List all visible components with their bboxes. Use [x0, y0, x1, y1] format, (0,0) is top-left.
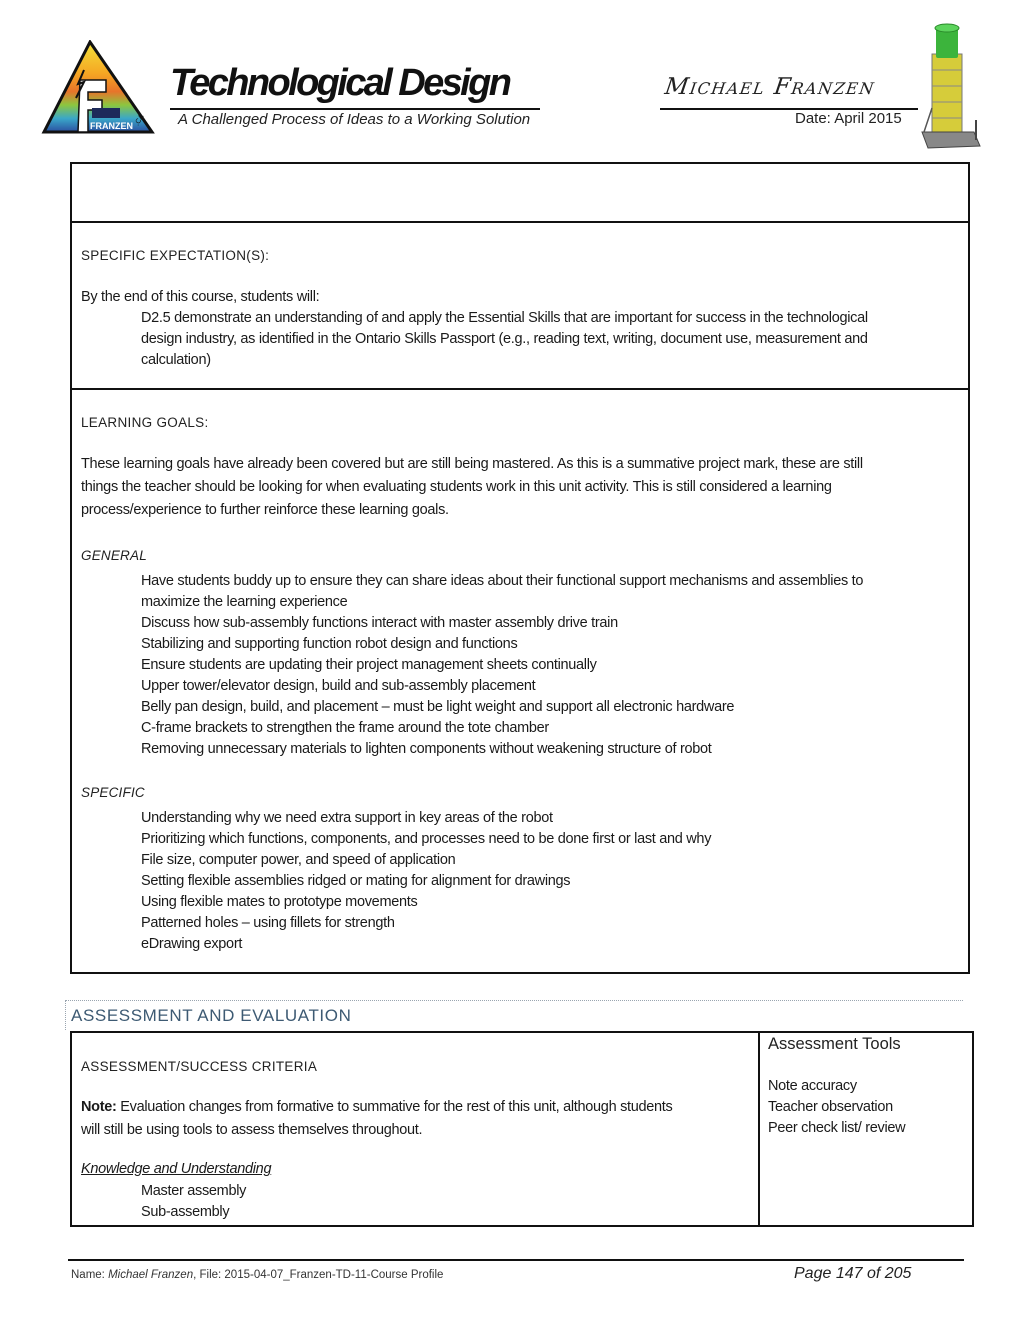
- list-item: Peer check list/ review: [768, 1118, 905, 1139]
- general-heading: GENERAL: [81, 548, 147, 563]
- list-item: Have students buddy up to ensure they ca…: [141, 571, 863, 592]
- footer-file-info: Name: Michael Franzen, File: 2015-04-07_…: [71, 1269, 443, 1281]
- note-text: Evaluation changes from formative to sum…: [117, 1099, 673, 1115]
- tools-list: Note accuracy Teacher observation Peer c…: [768, 1076, 905, 1139]
- header-rule: [170, 108, 540, 110]
- list-item: Master assembly: [141, 1181, 246, 1202]
- section-heading-border: [65, 1000, 963, 1001]
- intro-line: These learning goals have already been c…: [81, 453, 956, 476]
- list-item: Understanding why we need extra support …: [141, 808, 711, 829]
- list-item: Upper tower/elevator design, build and s…: [141, 676, 863, 697]
- list-item: Patterned holes – using fillets for stre…: [141, 913, 711, 934]
- expectation-line: design industry, as identified in the On…: [141, 329, 868, 350]
- list-item: Setting flexible assemblies ridged or ma…: [141, 871, 711, 892]
- specific-expectations-intro: By the end of this course, students will…: [81, 287, 319, 308]
- expectation-line: D2.5 demonstrate an understanding of and…: [141, 308, 868, 329]
- expectation-line: calculation): [141, 350, 868, 371]
- learning-goals-heading: LEARNING GOALS:: [81, 415, 209, 430]
- specific-expectations-heading: SPECIFIC EXPECTATION(S):: [81, 248, 269, 263]
- document-date: Date: April 2015: [795, 110, 902, 127]
- list-item: File size, computer power, and speed of …: [141, 850, 711, 871]
- page-number: Page 147 of 205: [794, 1265, 911, 1283]
- intro-line: process/experience to further reinforce …: [81, 499, 956, 522]
- assessment-table: ASSESSMENT/SUCCESS CRITERIA Note: Evalua…: [70, 1031, 974, 1227]
- list-item: Stabilizing and supporting function robo…: [141, 634, 863, 655]
- list-item: maximize the learning experience: [141, 592, 863, 613]
- list-item: C-frame brackets to strengthen the frame…: [141, 718, 863, 739]
- specific-goals-list: Understanding why we need extra support …: [141, 808, 711, 955]
- learning-goals-intro: These learning goals have already been c…: [81, 453, 956, 522]
- tools-heading: Assessment Tools: [768, 1035, 901, 1054]
- section-heading-border: [65, 1000, 66, 1030]
- file-label: , File: 2015-04-07_Franzen-TD-11-Course …: [193, 1269, 443, 1281]
- table-divider: [72, 388, 968, 390]
- author-signature: Michael Franzen: [663, 74, 877, 100]
- table-divider: [72, 221, 968, 223]
- list-item: Discuss how sub-assembly functions inter…: [141, 613, 863, 634]
- list-item: Removing unnecessary materials to lighte…: [141, 739, 863, 760]
- footer-rule: [68, 1259, 964, 1261]
- note-label: Note:: [81, 1099, 117, 1115]
- lesson-details-table: SPECIFIC EXPECTATION(S): By the end of t…: [70, 162, 970, 974]
- list-item: eDrawing export: [141, 934, 711, 955]
- author-name: Michael Franzen: [108, 1269, 193, 1281]
- specific-heading: SPECIFIC: [81, 785, 145, 800]
- document-subtitle: A Challenged Process of Ideas to a Worki…: [178, 111, 530, 128]
- list-item: Teacher observation: [768, 1097, 905, 1118]
- list-item: Belly pan design, build, and placement –…: [141, 697, 863, 718]
- intro-line: things the teacher should be looking for…: [81, 476, 956, 499]
- list-item: Ensure students are updating their proje…: [141, 655, 863, 676]
- list-item: Sub-assembly: [141, 1202, 246, 1223]
- name-label: Name:: [71, 1269, 108, 1281]
- list-item: Note accuracy: [768, 1076, 905, 1097]
- knowledge-list: Master assembly Sub-assembly: [141, 1181, 246, 1223]
- note-text: will still be using tools to assess them…: [81, 1119, 672, 1142]
- specific-expectation-list: D2.5 demonstrate an understanding of and…: [141, 308, 868, 371]
- list-item: Using flexible mates to prototype moveme…: [141, 892, 711, 913]
- robot-image: [918, 20, 984, 154]
- list-item: Prioritizing which functions, components…: [141, 829, 711, 850]
- general-goals-list: Have students buddy up to ensure they ca…: [141, 571, 863, 760]
- criteria-heading: ASSESSMENT/SUCCESS CRITERIA: [81, 1059, 317, 1074]
- svg-text:FRANZEN: FRANZEN: [90, 121, 133, 131]
- assessment-section-heading: ASSESSMENT AND EVALUATION: [71, 1006, 351, 1026]
- franzen-logo: FRANZEN .CA: [40, 40, 158, 136]
- document-title: Technological Design: [170, 62, 509, 104]
- table-divider: [758, 1033, 760, 1225]
- evaluation-note: Note: Evaluation changes from formative …: [81, 1096, 672, 1142]
- knowledge-heading: Knowledge and Understanding: [81, 1161, 271, 1177]
